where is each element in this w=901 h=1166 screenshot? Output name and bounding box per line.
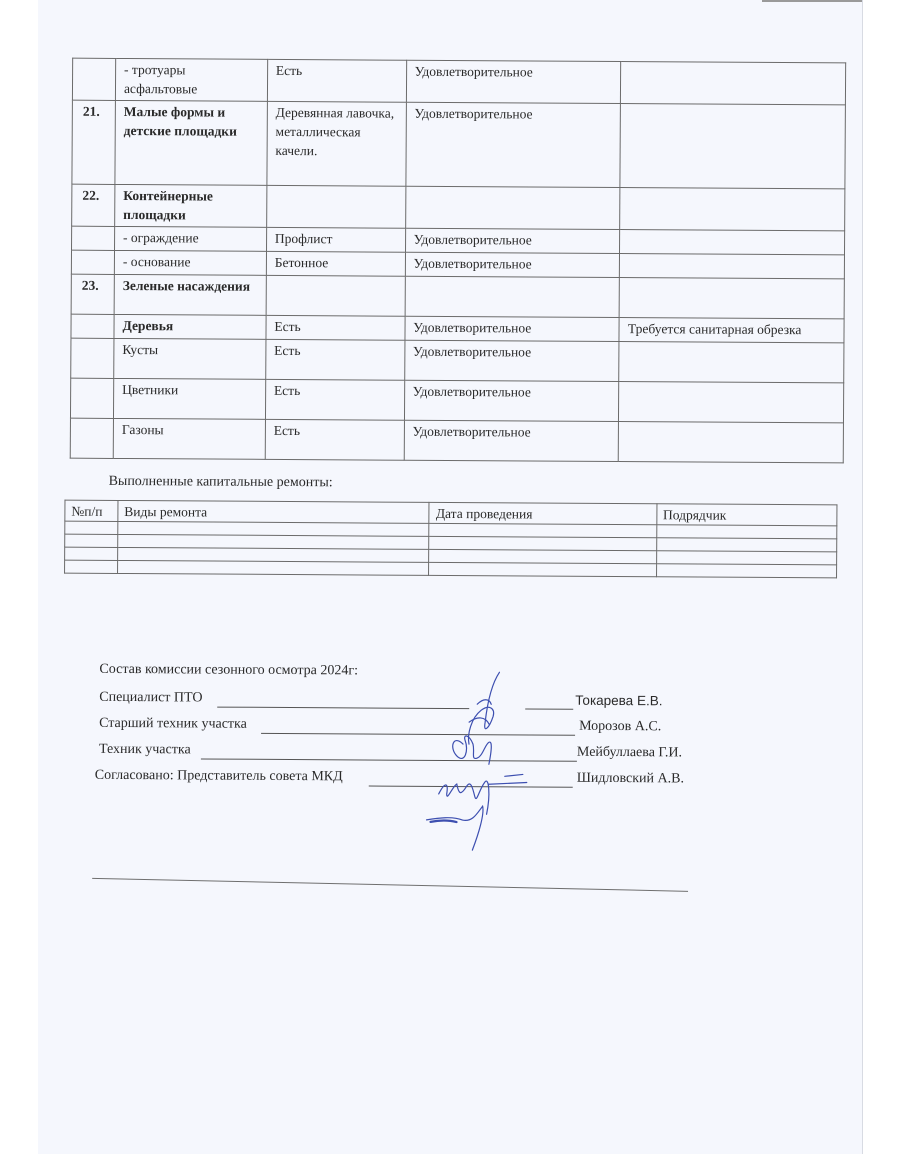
table-row: 23.Зеленые насаждения	[71, 274, 844, 319]
signature-row: Специалист ПТО Токарева Е.В.	[99, 690, 719, 716]
row-item-name: Зеленые насаждения	[114, 274, 266, 315]
row-condition: Удовлетворительное	[404, 420, 619, 461]
row-note	[619, 422, 844, 463]
row-note	[619, 342, 844, 383]
row-condition: Удовлетворительное	[404, 340, 619, 381]
repairs-cell	[656, 525, 836, 539]
repairs-cell	[65, 521, 118, 534]
row-item-name: - ограждение	[114, 226, 266, 251]
row-presence: Деревянная лавочка, металлическая качели…	[267, 101, 406, 186]
table-row: КустыЕстьУдовлетворительное	[71, 338, 844, 383]
row-note	[620, 254, 845, 279]
scanned-sheet: - тротуары асфальтовыеЕстьУдовлетворител…	[0, 0, 901, 1166]
repairs-cell	[656, 538, 836, 552]
row-condition	[405, 276, 620, 317]
row-condition: Удовлетворительное	[406, 60, 621, 103]
condition-table: - тротуары асфальтовыеЕстьУдовлетворител…	[70, 58, 846, 464]
row-presence: Есть	[265, 419, 404, 460]
row-note	[621, 62, 846, 105]
header-repair-type: Виды ремонта	[118, 500, 430, 523]
repairs-cell	[429, 562, 656, 576]
row-note	[620, 188, 845, 231]
row-note	[620, 104, 845, 189]
member-role: Техник участка	[99, 742, 191, 759]
member-role: Старший техник участка	[99, 716, 247, 733]
row-number: 23.	[71, 274, 114, 314]
header-number: №п/п	[65, 500, 118, 521]
row-presence: Есть	[266, 315, 405, 340]
signature-row: Техник участка Мейбуллаева Г.И.	[99, 742, 719, 768]
repairs-cell	[65, 547, 118, 560]
signature-row: Старший техник участка Морозов А.С.	[99, 716, 719, 742]
row-number: 21.	[72, 100, 115, 184]
row-number	[72, 58, 115, 100]
row-note	[619, 382, 844, 423]
commission-block: Состав комиссии сезонного осмотра 2024г:…	[99, 662, 720, 798]
row-item-name: Кусты	[114, 338, 266, 379]
table-row: 22.Контейнерные площадки	[72, 184, 845, 231]
row-number	[70, 418, 113, 458]
row-condition: Удовлетворительное	[405, 252, 620, 277]
table-row: - тротуары асфальтовыеЕстьУдовлетворител…	[72, 58, 845, 105]
header-date: Дата проведения	[429, 502, 656, 524]
header-contractor: Подрядчик	[656, 504, 837, 526]
repairs-cell	[656, 551, 836, 565]
row-item-name: Газоны	[113, 418, 265, 459]
row-item-name: Деревья	[114, 314, 266, 339]
row-note	[620, 230, 845, 255]
repairs-cell	[65, 534, 118, 547]
row-presence	[266, 275, 405, 316]
table-row: ГазоныЕстьУдовлетворительное	[70, 418, 843, 463]
row-item-name: Контейнерные площадки	[115, 184, 267, 227]
signature-row: Согласовано: Представитель совета МКД Ши…	[99, 768, 719, 794]
row-item-name: - тротуары асфальтовые	[115, 58, 267, 101]
row-presence: Есть	[266, 339, 405, 380]
member-role: Специалист ПТО	[99, 690, 202, 707]
member-name: Морозов А.С.	[579, 719, 661, 736]
row-condition: Удовлетворительное	[405, 316, 620, 341]
table-row: 21.Малые формы и детские площадкиДеревян…	[72, 100, 845, 189]
row-item-name: Малые формы и детские площадки	[115, 100, 267, 185]
repairs-cell	[656, 564, 836, 578]
row-presence: Есть	[265, 379, 404, 420]
row-condition: Удовлетворительное	[405, 228, 620, 253]
page-separator-line	[92, 878, 688, 892]
handwritten-signatures	[418, 664, 539, 855]
row-number	[70, 378, 113, 418]
member-name: Токарева Е.В.	[575, 693, 662, 709]
row-condition	[405, 186, 620, 229]
repairs-cell	[65, 560, 118, 573]
member-name: Мейбуллаева Г.И.	[577, 745, 682, 762]
row-presence: Бетонное	[266, 251, 405, 276]
row-condition: Удовлетворительное	[406, 102, 621, 187]
row-item-name: - основание	[114, 250, 266, 275]
row-number	[72, 226, 115, 250]
row-presence: Профлист	[266, 227, 405, 252]
row-number	[71, 338, 114, 378]
row-presence	[266, 185, 405, 228]
repairs-table: №п/п Виды ремонта Дата проведения Подряд…	[64, 500, 837, 579]
row-number	[71, 314, 114, 338]
member-name: Шидловский А.В.	[577, 771, 684, 788]
row-presence: Есть	[267, 59, 406, 102]
row-number	[71, 250, 114, 274]
row-item-name: Цветники	[113, 378, 265, 419]
row-number: 22.	[72, 184, 115, 226]
repairs-cell	[117, 560, 429, 575]
row-note	[620, 278, 845, 319]
row-condition: Удовлетворительное	[404, 380, 619, 421]
repairs-section-label: Выполненные капитальные ремонты:	[109, 474, 333, 491]
row-note: Требуется санитарная обрезка	[619, 318, 844, 343]
commission-title: Состав комиссии сезонного осмотра 2024г:	[99, 662, 719, 682]
member-role: Согласовано: Представитель совета МКД	[95, 768, 343, 786]
table-row: ЦветникиЕстьУдовлетворительное	[70, 378, 843, 423]
